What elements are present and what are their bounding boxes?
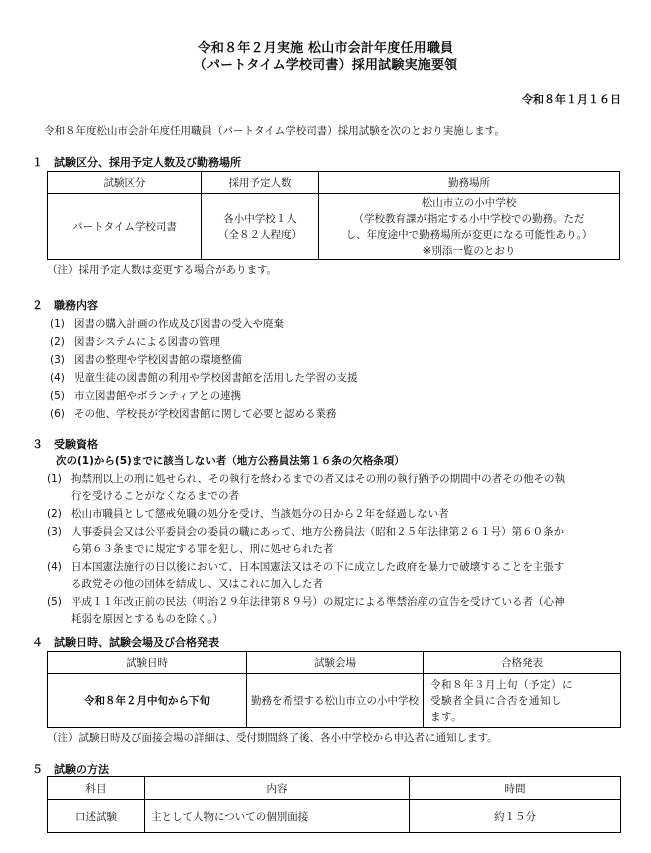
list-item-text: 人事委員会又は公平委員会の委員の職にあって、地方公務員法（昭和２５年法律第２６１… [71, 526, 564, 538]
section5-title: 試験の方法 [54, 763, 109, 776]
list-item-label: (2) [50, 336, 74, 348]
list-item-label: (2) [47, 508, 71, 520]
section4-heading: ４試験日時、試験会場及び合格発表 [32, 634, 219, 650]
table-header-cell: 合格発表 [424, 652, 621, 674]
section5-heading: ５試験の方法 [32, 761, 109, 777]
table-header-row: 試験日時 試験会場 合格発表 [48, 652, 621, 674]
table-header-row: 科目 内容 時間 [48, 777, 621, 800]
list-item-text: 市立図書館やボランティアとの連携 [74, 390, 241, 402]
section2-title: 職務内容 [54, 299, 98, 312]
content-cell: 主として人物についての個別面接 [145, 800, 410, 833]
list-item: (5)平成１１年改正前の民法（明治２９年法律第８９号）の規定による準禁治産の宣告… [47, 594, 565, 609]
list-item-continuation: る政党その他の団体を結成し、又はこれに加入した者 [71, 576, 323, 591]
place-cell: 松山市立の小中学校 （学校教育課が指定する小中学校での勤務。ただ し、年度途中で… [319, 194, 620, 260]
section2-heading: ２職務内容 [32, 297, 98, 313]
list-item-label: (3) [47, 526, 71, 538]
list-item-continuation: ら第６３条までに規定する罪を犯し、刑に処せられた者 [71, 541, 334, 556]
section5-table: 科目 内容 時間 口述試験 主として人物についての個別面接 約１５分 [47, 776, 621, 833]
list-item: (1)図書の購入計画の作成及び図書の受入や廃棄 [50, 316, 284, 331]
section4-number: ４ [32, 634, 54, 650]
table-header-cell: 時間 [410, 777, 621, 800]
result-announcement-cell: 令和８年３月上旬（予定）に 受験者全員に合否を通知し ます。 [424, 674, 621, 728]
section1-heading: １試験区分、採用予定人数及び勤務場所 [32, 154, 241, 170]
list-item-label: (5) [47, 596, 71, 608]
table-header-cell: 科目 [48, 777, 145, 800]
table-header-cell: 試験日時 [48, 652, 247, 674]
category-cell: パートタイム学校司書 [48, 194, 202, 260]
list-item-text: 松山市職員として懲戒免職の処分を受け、当該処分の日から２年を経過しない者 [71, 508, 449, 520]
table-header-row: 試験区分 採用予定人数 勤務場所 [48, 172, 620, 194]
count-line: 各小中学校１人 [206, 211, 314, 227]
list-item-label: (6) [50, 408, 74, 420]
list-item-label: (4) [50, 372, 74, 384]
list-item-label: (1) [47, 473, 71, 485]
list-item-text: 日本国憲法施行の日以後において、日本国憲法又はその下に成立した政府を暴力で破壊す… [71, 561, 564, 573]
list-item-continuation: 行を受けることがなくなるまでの者 [71, 488, 239, 503]
list-item: (2)図書システムによる図書の管理 [50, 334, 220, 349]
list-item-label: (5) [50, 390, 74, 402]
exam-venue-cell: 勤務を希望する松山市立の小中学校 [247, 674, 424, 728]
section3-number: ３ [32, 436, 54, 452]
list-item-text: 図書システムによる図書の管理 [74, 336, 220, 348]
section1-number: １ [32, 154, 54, 170]
table-header-cell: 内容 [145, 777, 410, 800]
section1-note: （注）採用予定人数は変更する場合があります。 [47, 262, 277, 277]
list-item-label: (4) [47, 561, 71, 573]
section1-title: 試験区分、採用予定人数及び勤務場所 [54, 156, 241, 169]
section3-heading: ３受験資格 [32, 436, 98, 452]
section3-title: 受験資格 [54, 438, 98, 451]
section1-table: 試験区分 採用予定人数 勤務場所 パートタイム学校司書 各小中学校１人 （全８２… [47, 171, 620, 260]
section3-subheading: 次の(1)から(5)までに該当しない者（地方公務員法第１６条の欠格条項） [56, 453, 405, 468]
list-item: (5)市立図書館やボランティアとの連携 [50, 388, 241, 403]
section4-title: 試験日時、試験会場及び合格発表 [54, 636, 219, 649]
document-title-line2: （パートタイム学校司書）採用試験実施要領 [0, 54, 651, 73]
section4-note: （注）試験日時及び面接会場の詳細は、受付期間終了後、各小中学校から申込者に通知し… [47, 730, 498, 745]
time-cell: 約１５分 [410, 800, 621, 833]
announce-line: ます。 [430, 709, 616, 725]
list-item-text: 拘禁刑以上の刑に処せられ、その執行を終わるまでの者又はその刑の執行猶予の期間中の… [71, 473, 565, 485]
subject-cell: 口述試験 [48, 800, 145, 833]
table-header-cell: 勤務場所 [319, 172, 620, 194]
count-cell: 各小中学校１人 （全８２人程度） [202, 194, 319, 260]
list-item-text: 図書の整理や学校図書館の環境整備 [74, 354, 242, 366]
announce-line: 令和８年３月上旬（予定）に [430, 677, 616, 693]
list-item-label: (1) [50, 318, 74, 330]
list-item: (6)その他、学校長が学校図書館に関して必要と認める業務 [50, 406, 337, 421]
intro-text: 令和８年度松山市会計年度任用職員（パートタイム学校司書）採用試験を次のとおり実施… [44, 123, 505, 138]
section2-number: ２ [32, 297, 54, 313]
list-item: (3)図書の整理や学校図書館の環境整備 [50, 352, 242, 367]
table-row: 口述試験 主として人物についての個別面接 約１５分 [48, 800, 621, 833]
table-header-cell: 試験区分 [48, 172, 202, 194]
count-line: （全８２人程度） [206, 227, 314, 243]
place-line: し、年度途中で勤務場所が変更になる可能性あり。） [323, 227, 615, 243]
list-item: (3)人事委員会又は公平委員会の委員の職にあって、地方公務員法（昭和２５年法律第… [47, 524, 564, 539]
section4-table: 試験日時 試験会場 合格発表 令和８年２月中旬から下旬 勤務を希望する松山市立の… [47, 651, 621, 728]
section5-number: ５ [32, 761, 54, 777]
announce-line: 受験者全員に合否を通知し [430, 693, 616, 709]
list-item-text: 図書の購入計画の作成及び図書の受入や廃棄 [74, 318, 284, 330]
table-row: 令和８年２月中旬から下旬 勤務を希望する松山市立の小中学校 令和８年３月上旬（予… [48, 674, 621, 728]
table-header-cell: 試験会場 [247, 652, 424, 674]
table-header-cell: 採用予定人数 [202, 172, 319, 194]
list-item-label: (3) [50, 354, 74, 366]
list-item-text: その他、学校長が学校図書館に関して必要と認める業務 [74, 408, 337, 420]
list-item-text: 平成１１年改正前の民法（明治２９年法律第８９号）の規定による準禁治産の宣告を受け… [71, 596, 565, 608]
list-item: (1)拘禁刑以上の刑に処せられ、その執行を終わるまでの者又はその刑の執行猶予の期… [47, 471, 565, 486]
list-item: (4)日本国憲法施行の日以後において、日本国憲法又はその下に成立した政府を暴力で… [47, 559, 564, 574]
place-line: ※別添一覧のとおり [323, 243, 615, 259]
document-date: 令和８年１月１６日 [522, 91, 621, 107]
list-item-text: 児童生徒の図書館の利用や学校図書館を活用した学習の支援 [74, 372, 358, 384]
table-row: パートタイム学校司書 各小中学校１人 （全８２人程度） 松山市立の小中学校 （学… [48, 194, 620, 260]
place-line: （学校教育課が指定する小中学校での勤務。ただ [323, 211, 615, 227]
list-item: (2)松山市職員として懲戒免職の処分を受け、当該処分の日から２年を経過しない者 [47, 506, 449, 521]
list-item-continuation: 耗弱を原因とするものを除く。） [71, 611, 223, 626]
exam-datetime-cell: 令和８年２月中旬から下旬 [48, 674, 247, 728]
place-line: 松山市立の小中学校 [323, 195, 615, 211]
list-item: (4)児童生徒の図書館の利用や学校図書館を活用した学習の支援 [50, 370, 358, 385]
